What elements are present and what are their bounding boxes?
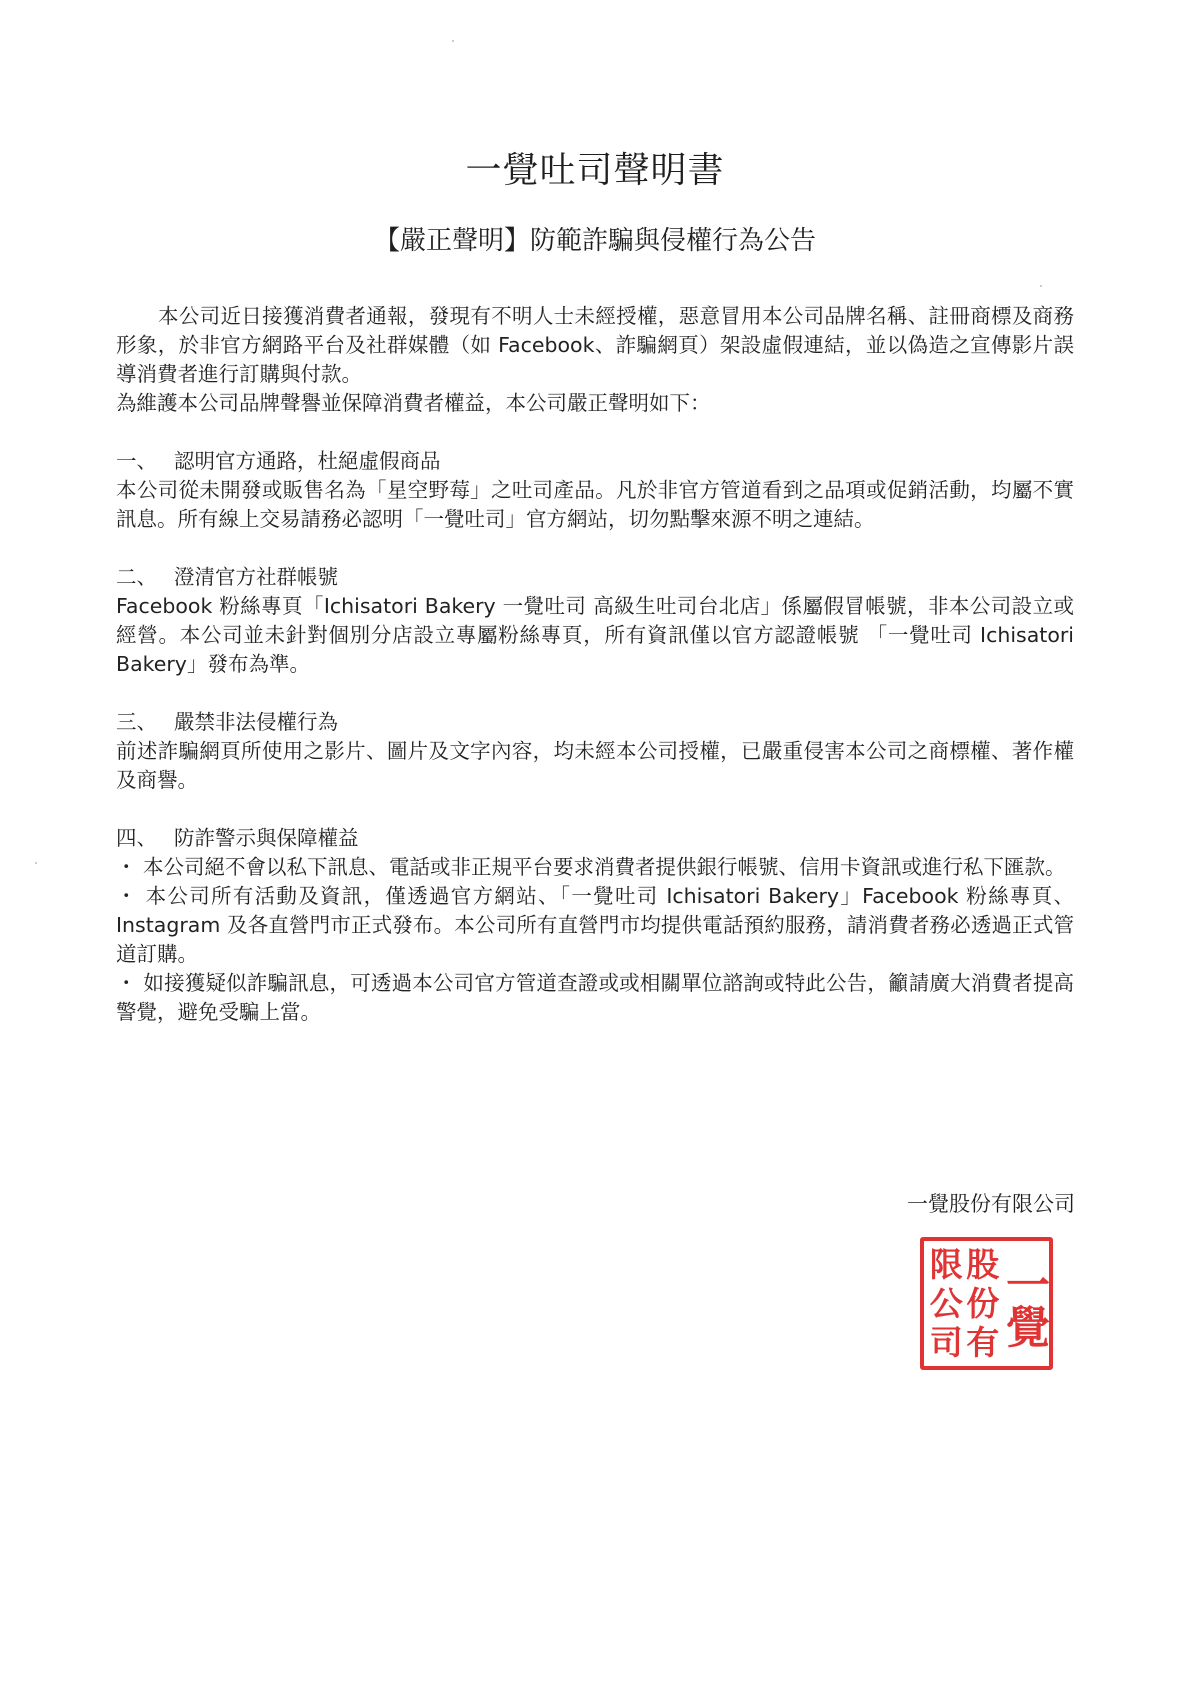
seal-char: 份	[965, 1284, 1002, 1323]
scan-speck	[1040, 285, 1042, 287]
seal-char: 限	[928, 1245, 965, 1284]
section-paragraph: 本公司從未開發或販售名為「星空野莓」之吐司產品。凡於非官方管道看到之品項或促銷活…	[116, 476, 1074, 534]
company-seal-stamp: 限 股 一覺 公 份 司 有	[920, 1237, 1053, 1370]
section-paragraph: 前述詐騙網頁所使用之影片、圖片及文字內容，均未經本公司授權，已嚴重侵害本公司之商…	[116, 737, 1074, 795]
bullet-item: ・ 如接獲疑似詐騙訊息，可透過本公司官方管道查證或或相關單位諮詢或特此公告，籲請…	[116, 969, 1074, 1027]
bullet-item: ・ 本公司所有活動及資訊，僅透過官方網站、「一覺吐司 Ichisatori Ba…	[116, 882, 1074, 969]
bullet-item: ・ 本公司絕不會以私下訊息、電話或非正規平台要求消費者提供銀行帳號、信用卡資訊或…	[116, 853, 1074, 882]
section-number: 三、	[116, 708, 174, 737]
section-title: 嚴禁非法侵權行為	[174, 710, 338, 734]
section-paragraph: Facebook 粉絲專頁「Ichisatori Bakery 一覺吐司 高級生…	[116, 592, 1074, 679]
section-number: 一、	[116, 447, 174, 476]
section-title: 認明官方通路，杜絕虛假商品	[174, 449, 441, 473]
section-1: 一、認明官方通路，杜絕虛假商品 本公司從未開發或販售名為「星空野莓」之吐司產品。…	[116, 447, 1074, 534]
seal-char: 公	[928, 1284, 965, 1323]
seal-char: 司	[928, 1323, 965, 1362]
section-heading: 四、防詐警示與保障權益	[116, 824, 1074, 853]
document-subtitle: 【嚴正聲明】防範詐騙與侵權行為公告	[0, 220, 1190, 257]
seal-char: 有	[965, 1323, 1002, 1362]
section-4: 四、防詐警示與保障權益 ・ 本公司絕不會以私下訊息、電話或非正規平台要求消費者提…	[116, 824, 1074, 1027]
seal-char-brand: 一覺	[1001, 1245, 1045, 1362]
section-number: 二、	[116, 563, 174, 592]
section-heading: 二、澄清官方社群帳號	[116, 563, 1074, 592]
scan-speck	[452, 40, 454, 42]
section-3: 三、嚴禁非法侵權行為 前述詐騙網頁所使用之影片、圖片及文字內容，均未經本公司授權…	[116, 708, 1074, 795]
section-number: 四、	[116, 824, 174, 853]
intro-paragraph: 為維護本公司品牌聲譽並保障消費者權益，本公司嚴正聲明如下：	[116, 389, 1074, 418]
section-heading: 一、認明官方通路，杜絕虛假商品	[116, 447, 1074, 476]
section-2: 二、澄清官方社群帳號 Facebook 粉絲專頁「Ichisatori Bake…	[116, 563, 1074, 679]
section-heading: 三、嚴禁非法侵權行為	[116, 708, 1074, 737]
scan-speck	[35, 862, 37, 864]
section-title: 防詐警示與保障權益	[174, 826, 359, 850]
document-title: 一覺吐司聲明書	[0, 142, 1190, 193]
section-title: 澄清官方社群帳號	[174, 565, 338, 589]
intro-paragraph: 本公司近日接獲消費者通報，發現有不明人士未經授權，惡意冒用本公司品牌名稱、註冊商…	[116, 302, 1074, 389]
document-body: 本公司近日接獲消費者通報，發現有不明人士未經授權，惡意冒用本公司品牌名稱、註冊商…	[116, 302, 1074, 1027]
seal-char: 股	[965, 1245, 1002, 1284]
company-signature: 一覺股份有限公司	[907, 1188, 1075, 1218]
